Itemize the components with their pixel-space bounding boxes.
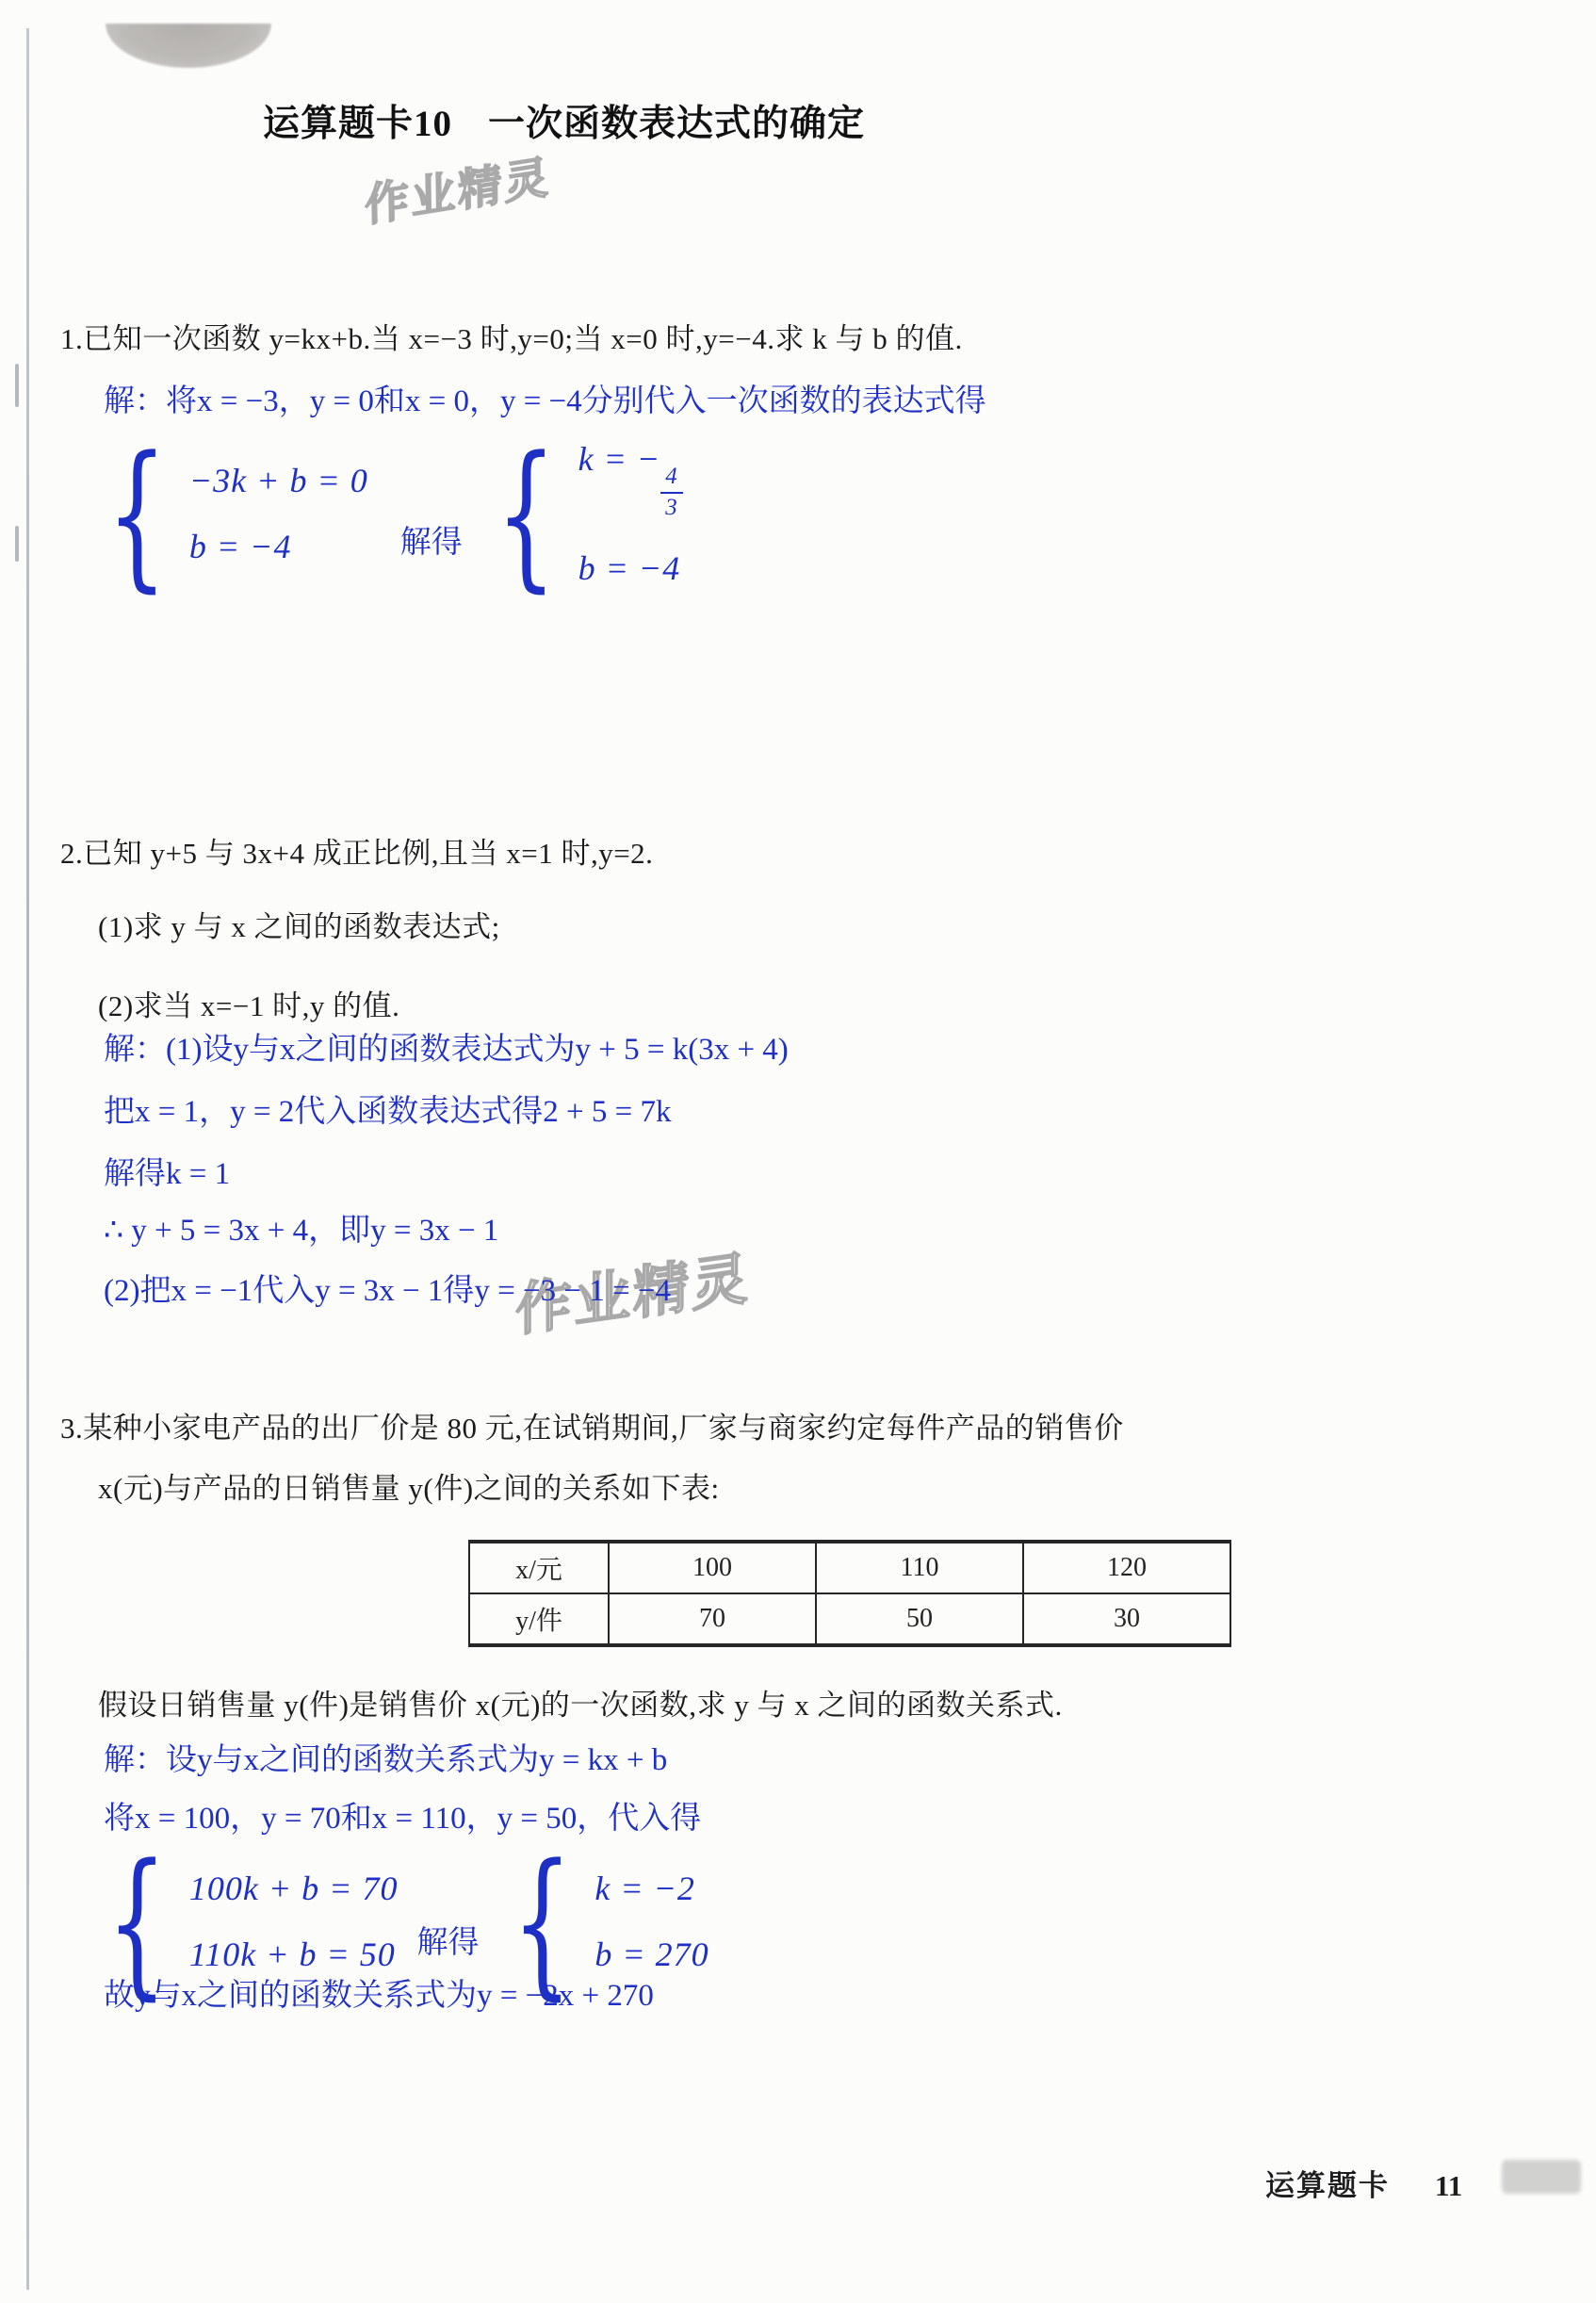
table-cell: 120 [1022,1543,1230,1592]
watermark-top: 作业精灵 [365,141,552,235]
page-title-card: 运算题卡10 [263,104,452,144]
equation: b = −4 [578,550,683,588]
table-cell: 30 [1022,1594,1230,1643]
problem2-statement: 2.已知 y+5 与 3x+4 成正比例,且当 x=1 时,y=2. [60,833,653,874]
problem2-solution-line5: (2)把x = −1代入y = 3x − 1得y = −3 − 1 = −4 [104,1270,671,1313]
page-title: 运算题卡10一次函数表达式的确定 [263,94,865,147]
price-sales-table: x/元 100 110 120 y/件 70 50 30 [468,1540,1231,1647]
equation: k = −43 [578,441,683,522]
table-row: x/元 100 110 120 [470,1543,1230,1592]
problem3-question: 假设日销售量 y(件)是销售价 x(元)的一次函数,求 y 与 x 之间的函数关… [98,1685,1063,1725]
solve-label: 解得 [400,517,463,562]
table-cell: 100 [608,1543,815,1592]
problem2-solution-line3: 解得k = 1 [104,1153,230,1196]
page-edge-line [26,28,29,2290]
equation: k = −2 [594,1870,708,1908]
equation: b = 270 [594,1936,708,1974]
problem1-solution-intro: 解：将x = −3，y = 0和x = 0，y = −4分别代入一次函数的表达式… [104,381,986,423]
problem2-part1: (1)求 y 与 x 之间的函数表达式; [98,906,500,947]
workbook-page: 作业精灵 作业精灵 运算题卡10一次函数表达式的确定 1.已知一次函数 y=kx… [0,0,1596,2303]
problem3-solution-line3: 故y与x之间的函数关系式为y = −2x + 270 [104,1975,654,2017]
problem1-statement: 1.已知一次函数 y=kx+b.当 x=−3 时,y=0;当 x=0 时,y=−… [60,318,963,359]
table-cell: 50 [815,1594,1022,1643]
equation: b = −4 [189,529,368,566]
page-footer: 运算题卡 11 [1265,2162,1462,2204]
table-cell: 110 [815,1543,1022,1592]
problem3-system-result: k = −2 b = 270 [594,1870,708,1973]
fraction: 43 [660,464,683,522]
problem1-equation-system: { −3k + b = 0 b = −4 解得 { k = −43 b = −4 [87,435,683,594]
equation: 100k + b = 70 [189,1870,399,1908]
problem2-solution-line4: ∴ y + 5 = 3x + 4，即y = 3x − 1 [104,1210,498,1252]
footer-label: 运算题卡 [1265,2162,1390,2204]
problem3-statement-line1: 3.某种小家电产品的出厂价是 80 元,在试销期间,厂家与商家约定每件产品的销售… [60,1408,1124,1448]
table-row: y/件 70 50 30 [470,1592,1230,1643]
solve-label: 解得 [416,1918,479,1962]
problem2-part2: (2)求当 x=−1 时,y 的值. [98,986,399,1026]
problem3-solution-line2: 将x = 100，y = 70和x = 110，y = 50，代入得 [104,1798,701,1840]
table-header-cell: x/元 [470,1543,608,1592]
problem3-system-left: 100k + b = 70 110k + b = 50 [189,1870,399,1973]
problem1-system-result: k = −43 b = −4 [578,441,683,587]
problem3-statement-line2: x(元)与产品的日销售量 y(件)之间的关系如下表: [98,1468,720,1509]
table-header-cell: y/件 [470,1594,608,1643]
equation: −3k + b = 0 [189,463,368,500]
problem2-solution-line1: 解：(1)设y与x之间的函数表达式为y + 5 = k(3x + 4) [104,1029,789,1071]
equation: 110k + b = 50 [189,1936,399,1974]
footer-page-number: 11 [1435,2169,1462,2203]
left-brace: { [496,435,556,594]
problem1-system-left: −3k + b = 0 b = −4 [189,463,368,565]
problem3-solution-line1: 解：设y与x之间的函数关系式为y = kx + b [104,1739,667,1782]
left-brace: { [106,435,167,594]
scan-corner-blob [106,24,271,68]
problem2-solution-line2: 把x = 1，y = 2代入函数表达式得2 + 5 = 7k [104,1091,671,1134]
page-edge-mark [15,364,19,407]
page-title-topic: 一次函数表达式的确定 [488,104,865,144]
page-edge-mark [15,526,19,562]
table-cell: 70 [608,1594,815,1643]
scan-smudge [1502,2160,1581,2194]
